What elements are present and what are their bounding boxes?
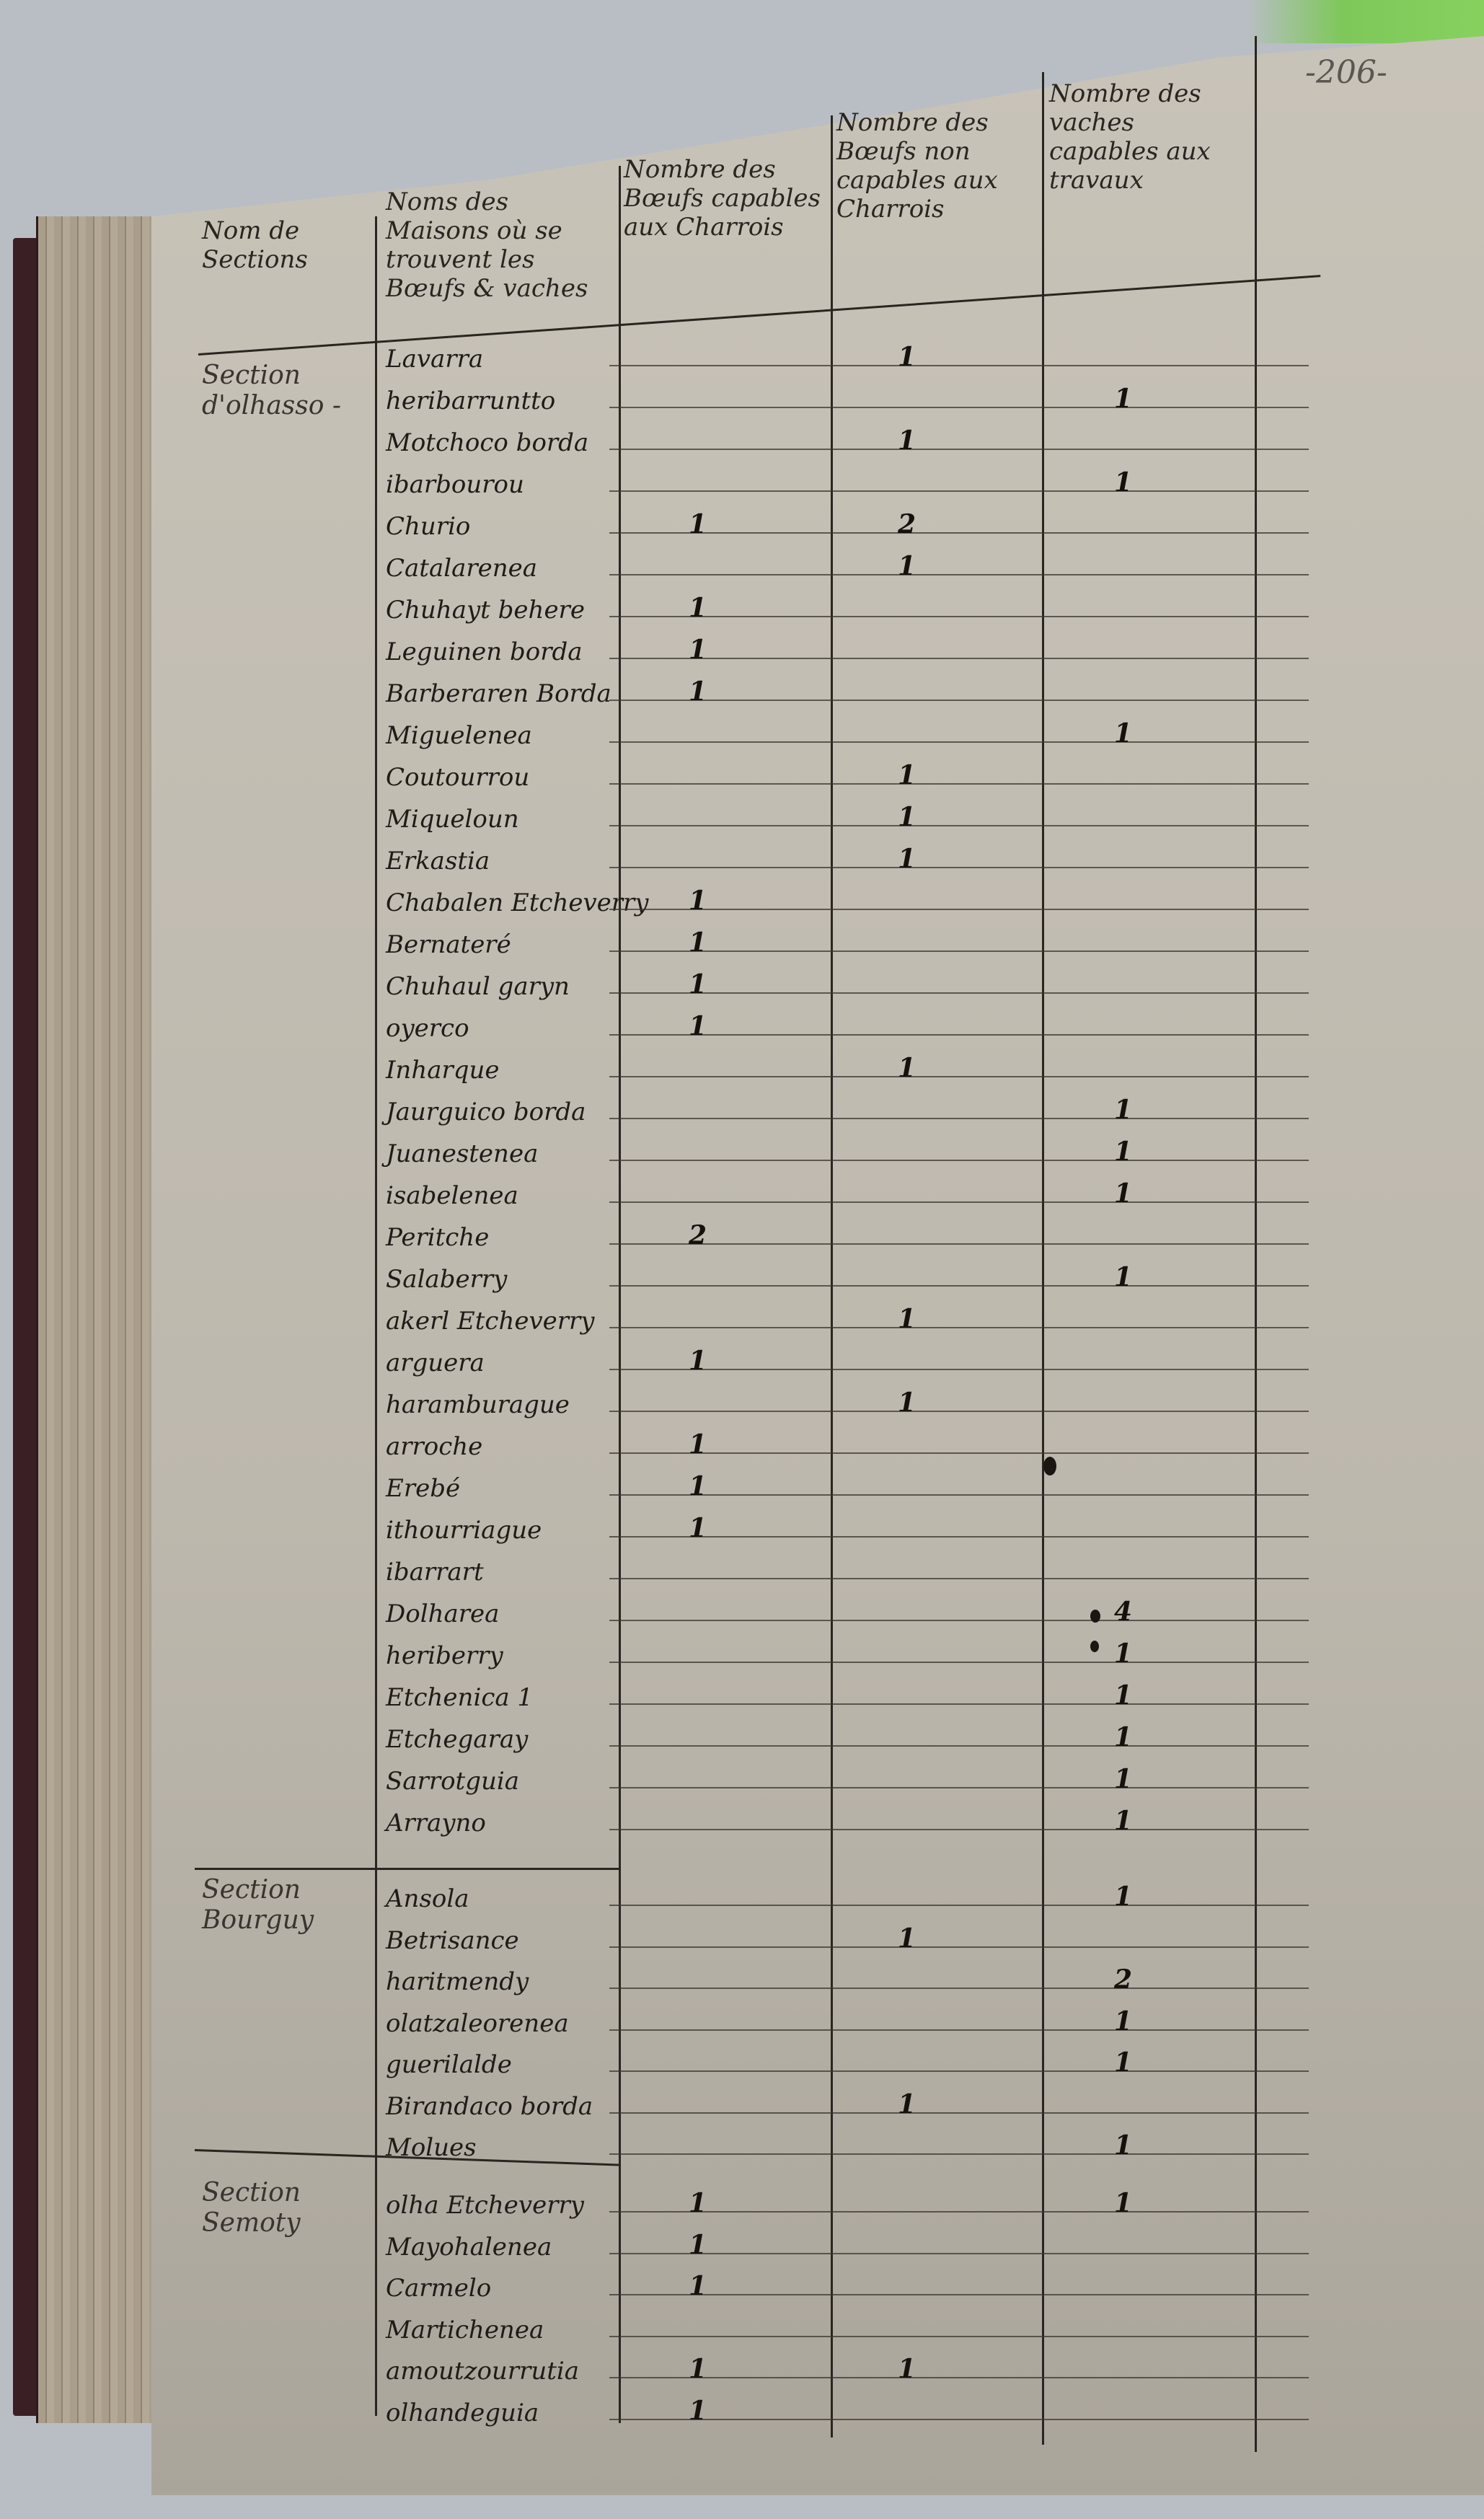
table-row: Leguinen borda1 [386,632,1309,676]
table-row: olatzaleorenea1 [386,2003,1309,2048]
guide-line [609,1787,1309,1788]
header-oxen-capable: Nombre des Bœufs capables aux Charrois [624,155,829,242]
table-row: haritmendy2 [386,1962,1309,2006]
house-name: haramburague [386,1390,570,1419]
house-name: Betrisance [386,1926,519,1955]
oxen-capable-value: 1 [689,2188,707,2218]
house-name: Inharque [386,1056,500,1085]
oxen-not-capable-value: 1 [898,1053,916,1083]
table-row: heribarruntto1 [386,381,1309,425]
house-name: Lavarra [386,345,483,374]
table-row: Juanestenea1 [386,1134,1309,1178]
oxen-capable-value: 1 [689,2354,707,2384]
house-name: Birandaco borda [386,2092,593,2121]
cows-capable-value: 1 [1114,1178,1132,1209]
table-row: Molues1 [386,2127,1309,2172]
cows-capable-value: 1 [1114,2188,1132,2218]
guide-line [609,700,1309,701]
house-name: guerilalde [386,2050,512,2079]
house-name: heribarruntto [386,387,555,415]
oxen-capable-value: 1 [689,1429,707,1460]
oxen-capable-value: 1 [689,676,707,707]
house-name: olatzaleorenea [386,2009,569,2038]
section-label-bourguy: Section Bourguy [202,1875,368,1936]
oxen-not-capable-value: 1 [898,425,916,456]
ink-blot [1090,1641,1099,1652]
guide-line [609,1076,1309,1077]
guide-line [609,1494,1309,1496]
table-row: Miguelenea1 [386,715,1309,760]
cows-capable-value: 1 [1114,1638,1132,1669]
guide-line [609,574,1309,575]
ink-blot [1090,1610,1100,1623]
table-row: Miqueloun1 [386,799,1309,844]
oxen-capable-value: 1 [689,1513,707,1543]
table-row: Inharque1 [386,1050,1309,1095]
house-name: ibarrart [386,1558,484,1587]
header-sections: Nom de Sections [202,216,361,274]
house-name: Miguelenea [386,721,532,750]
table-row: Etchegaray1 [386,1719,1309,1764]
oxen-not-capable-value: 1 [898,342,916,372]
oxen-not-capable-value: 1 [898,1388,916,1418]
table-row: Arrayno1 [386,1803,1309,1848]
guide-line [609,1452,1309,1454]
table-row: Dolharea4 [386,1594,1309,1638]
table-row: arguera1 [386,1343,1309,1388]
guide-line [609,909,1309,910]
rule-col-1 [375,216,377,2416]
table-row: Chabalen Etcheverry1 [386,883,1309,927]
oxen-capable-value: 1 [689,509,707,539]
table-row: Motchoco borda1 [386,423,1309,467]
cows-capable-value: 1 [1114,1680,1132,1711]
oxen-capable-value: 1 [689,2230,707,2260]
house-name: olha Etcheverry [386,2191,584,2220]
table-row: Jaurguico borda1 [386,1092,1309,1137]
house-name: Churio [386,512,470,541]
header-cows-capable: Nombre des vaches capables aux travaux [1049,79,1251,195]
guide-line [609,950,1309,952]
house-name: Arrayno [386,1809,486,1838]
oxen-capable-value: 2 [689,1220,707,1250]
house-name: Molues [386,2133,477,2162]
oxen-capable-value: 1 [689,2271,707,2301]
guide-line [609,1160,1309,1161]
table-row: Carmelo1 [386,2268,1309,2313]
oxen-not-capable-value: 1 [898,2089,916,2119]
guide-line [609,2419,1309,2420]
house-name: akerl Etcheverry [386,1307,595,1336]
table-row: guerilalde1 [386,2044,1309,2089]
background-green-object [1246,0,1484,43]
header-houses: Noms des Maisons où se trouvent les Bœuf… [386,188,617,303]
guide-line [609,2377,1309,2378]
guide-line [609,449,1309,450]
house-name: Chuhayt behere [386,596,585,625]
house-name: Jaurguico borda [386,1098,586,1126]
table-row: Catalarenea1 [386,548,1309,593]
guide-line [609,992,1309,994]
house-name: Erebé [386,1474,460,1503]
table-row: Mayohalenea1 [386,2227,1309,2272]
house-name: Dolharea [386,1600,499,1628]
house-name: oyerco [386,1014,469,1043]
house-name: Chuhaul garyn [386,972,570,1001]
house-name: Carmelo [386,2274,491,2303]
table-row: akerl Etcheverry1 [386,1301,1309,1346]
table-row: heriberry1 [386,1636,1309,1680]
oxen-capable-value: 1 [689,927,707,958]
cows-capable-value: 1 [1114,2047,1132,2078]
oxen-capable-value: 1 [689,969,707,1000]
guide-line [609,2211,1309,2213]
house-name: ibarbourou [386,470,524,499]
house-name: Etchenica 1 [386,1683,533,1712]
house-name: Catalarenea [386,554,537,583]
guide-line [609,741,1309,743]
oxen-not-capable-value: 1 [898,1304,916,1334]
table-row: Barberaren Borda1 [386,674,1309,718]
table-row: haramburague1 [386,1385,1309,1429]
guide-line [609,407,1309,408]
table-row: Betrisance1 [386,1920,1309,1965]
guide-line [609,1201,1309,1203]
oxen-capable-value: 1 [689,886,707,916]
house-name: Erkastia [386,847,490,875]
book-spine [13,238,39,2416]
oxen-capable-value: 1 [689,593,707,623]
house-name: haritmendy [386,1967,529,1996]
cows-capable-value: 1 [1114,1881,1132,1912]
house-name: heriberry [386,1641,503,1670]
cows-capable-value: 1 [1114,384,1132,414]
guide-line [609,1620,1309,1621]
guide-line [609,1703,1309,1705]
guide-line [609,490,1309,492]
guide-line [609,1118,1309,1119]
house-name: amoutzourrutia [386,2357,579,2386]
cows-capable-value: 1 [1114,1806,1132,1836]
cows-capable-value: 1 [1114,1262,1132,1292]
guide-line [609,1411,1309,1412]
cows-capable-value: 1 [1114,1095,1132,1125]
table-row: ibarrart [386,1552,1309,1597]
table-row: ibarbourou1 [386,464,1309,509]
table-row: Erebé1 [386,1468,1309,1513]
house-name: Miqueloun [386,805,519,834]
table-row: olha Etcheverry11 [386,2185,1309,2230]
guide-line [609,1243,1309,1245]
house-name: Salaberry [386,1265,507,1294]
table-row: Coutourrou1 [386,757,1309,802]
header-oxen-not-capable: Nombre des Bœufs non capables aux Charro… [836,108,1038,224]
section-label-semoty: Section Semoty [202,2178,368,2238]
guide-line [609,2336,1309,2337]
house-name: Ansola [386,1884,469,1913]
table-row: oyerco1 [386,1008,1309,1053]
oxen-capable-value: 1 [689,2396,707,2426]
house-name: Motchoco borda [386,428,588,457]
guide-line [609,867,1309,868]
oxen-not-capable-value: 1 [898,844,916,874]
guide-line [609,1905,1309,1906]
table-row: Lavarra1 [386,339,1309,384]
oxen-not-capable-value: 2 [898,509,916,539]
cows-capable-value: 1 [1114,467,1132,498]
oxen-not-capable-value: 1 [898,802,916,832]
table-row: Bernateré1 [386,925,1309,969]
guide-line [609,1745,1309,1747]
house-name: olhandeguia [386,2399,539,2427]
table-row: Chuhaul garyn1 [386,966,1309,1011]
oxen-capable-value: 1 [689,1346,707,1376]
table-row: Sarrotguia1 [386,1761,1309,1806]
guide-line [609,1369,1309,1370]
oxen-not-capable-value: 1 [898,2354,916,2384]
guide-line [609,783,1309,785]
house-name: ithourriague [386,1516,542,1545]
table-row: Churio12 [386,506,1309,551]
table-row: Birandaco borda1 [386,2086,1309,2131]
cows-capable-value: 1 [1114,718,1132,749]
guide-line [609,365,1309,366]
house-name: Peritche [386,1223,489,1252]
house-name: Chabalen Etcheverry [386,888,649,917]
table-row: Etchenica 11 [386,1677,1309,1722]
section-label-olhasso: Section d'olhasso - [202,361,368,421]
ink-blot [1043,1457,1056,1475]
guide-line [609,2294,1309,2295]
house-name: Coutourrou [386,763,529,792]
cows-capable-value: 1 [1114,2006,1132,2037]
guide-line [609,1536,1309,1538]
table-row: Ansola1 [386,1879,1309,1923]
section-divider-1 [195,1868,620,1870]
guide-line [609,1034,1309,1036]
oxen-capable-value: 1 [689,1471,707,1501]
guide-line [609,2029,1309,2031]
table-row: arroche1 [386,1426,1309,1471]
table-row: Martichenea [386,2310,1309,2355]
oxen-not-capable-value: 1 [898,760,916,790]
table-row: ithourriague1 [386,1510,1309,1555]
guide-line [609,1327,1309,1328]
cows-capable-value: 2 [1114,1964,1132,1995]
cows-capable-value: 1 [1114,1764,1132,1794]
guide-line [609,2112,1309,2114]
table-row: Salaberry1 [386,1259,1309,1304]
guide-line [609,1988,1309,1989]
guide-line [609,1285,1309,1287]
house-name: Juanestenea [386,1139,538,1168]
oxen-not-capable-value: 1 [898,1923,916,1954]
table-row: amoutzourrutia11 [386,2351,1309,2396]
guide-line [609,658,1309,659]
guide-line [609,1946,1309,1948]
house-name: arguera [386,1349,485,1377]
cows-capable-value: 1 [1114,2130,1132,2161]
cows-capable-value: 4 [1114,1597,1132,1627]
oxen-capable-value: 1 [689,635,707,665]
guide-line [609,2070,1309,2072]
oxen-not-capable-value: 1 [898,551,916,581]
house-name: isabelenea [386,1181,518,1210]
table-row: Erkastia1 [386,841,1309,886]
house-name: Barberaren Borda [386,679,611,708]
table-row: Peritche2 [386,1217,1309,1262]
house-name: Etchegaray [386,1725,528,1754]
guide-line [609,825,1309,826]
guide-line [609,616,1309,617]
house-name: Mayohalenea [386,2233,552,2262]
table-row: olhandeguia1 [386,2393,1309,2438]
guide-line [609,532,1309,534]
house-name: Sarrotguia [386,1767,519,1796]
house-name: Leguinen borda [386,638,582,666]
guide-line [609,1829,1309,1830]
table-row: isabelenea1 [386,1175,1309,1220]
page-number: -206- [1305,54,1387,91]
house-name: Bernateré [386,930,511,959]
guide-line [609,2253,1309,2254]
table-row: Chuhayt behere1 [386,590,1309,635]
cows-capable-value: 1 [1114,1722,1132,1752]
cows-capable-value: 1 [1114,1137,1132,1167]
guide-line [609,2153,1309,2155]
house-name: Martichenea [386,2316,544,2344]
oxen-capable-value: 1 [689,1011,707,1041]
guide-line [609,1578,1309,1579]
guide-line [609,1662,1309,1663]
house-name: arroche [386,1432,482,1461]
